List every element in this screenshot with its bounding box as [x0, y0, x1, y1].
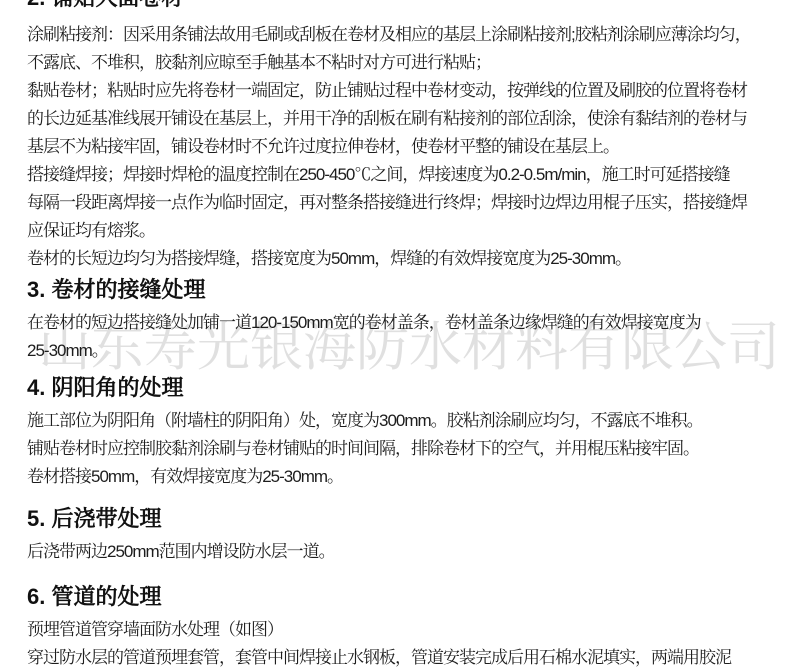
text-line: 卷材的长短边均匀为搭接焊缝，搭接宽度为50mm，焊缝的有效焊接宽度为25-30m…	[27, 245, 766, 273]
section-heading-5: 5. 后浇带处理	[27, 504, 766, 534]
text-line: 黏贴卷材；粘贴时应先将卷材一端固定，防止铺贴过程中卷材变动，按弹线的位置及刷胶的…	[27, 77, 766, 105]
text-line: 涂刷粘接剂：因采用条铺法故用毛刷或刮板在卷材及相应的基层上涂刷粘接剂;胶粘剂涂刷…	[27, 21, 766, 49]
text-line: 施工部位为阴阳角（附墙柱的阴阳角）处，宽度为300mm。胶粘剂涂刷应均匀，不露底…	[27, 407, 766, 435]
document-page: 山东寿光银海防水材料有限公司 2. 铺贴大面卷材 涂刷粘接剂：因采用条铺法故用毛…	[0, 0, 790, 671]
text-line: 穿过防水层的管道预埋套管，套管中间焊接止水钢板，管道安装完成后用石棉水泥填实，两…	[27, 644, 766, 671]
text-line: 后浇带两边250mm范围内增设防水层一道。	[27, 538, 766, 566]
text-line: 25-30mm。	[27, 337, 766, 365]
section-heading-3: 3. 卷材的接缝处理	[27, 275, 766, 305]
text-line: 的长边延基准线展开铺设在基层上，并用干净的刮板在刷有粘接剂的部位刮涂，使涂有黏结…	[27, 105, 766, 133]
text-line: 每隔一段距离焊接一点作为临时固定，再对整条搭接缝进行终焊；焊接时边焊边用棍子压实…	[27, 189, 766, 217]
section-heading-2: 2. 铺贴大面卷材	[27, 0, 766, 13]
section-heading-6: 6. 管道的处理	[27, 582, 766, 612]
text-line: 搭接缝焊接；焊接时焊枪的温度控制在250-450℃之间，焊接速度为0.2-0.5…	[27, 161, 766, 189]
document-content: 2. 铺贴大面卷材 涂刷粘接剂：因采用条铺法故用毛刷或刮板在卷材及相应的基层上涂…	[0, 0, 790, 671]
text-line: 预埋管道管穿墙面防水处理（如图）	[27, 616, 766, 644]
text-line: 基层不为粘接牢固，铺设卷材时不允许过度拉伸卷材，使卷材平整的铺设在基层上。	[27, 133, 766, 161]
text-line: 应保证均有熔浆。	[27, 217, 766, 245]
text-line: 卷材搭接50mm，有效焊接宽度为25-30mm。	[27, 463, 766, 491]
text-line: 铺贴卷材时应控制胶黏剂涂刷与卷材铺贴的时间间隔，排除卷材下的空气，并用棍压粘接牢…	[27, 435, 766, 463]
text-line: 不露底、不堆积，胶黏剂应晾至手触基本不粘时对方可进行粘贴；	[27, 49, 766, 77]
text-line: 在卷材的短边搭接缝处加铺一道120-150mm宽的卷材盖条，卷材盖条边缘焊缝的有…	[27, 309, 766, 337]
section-heading-4: 4. 阴阳角的处理	[27, 373, 766, 403]
